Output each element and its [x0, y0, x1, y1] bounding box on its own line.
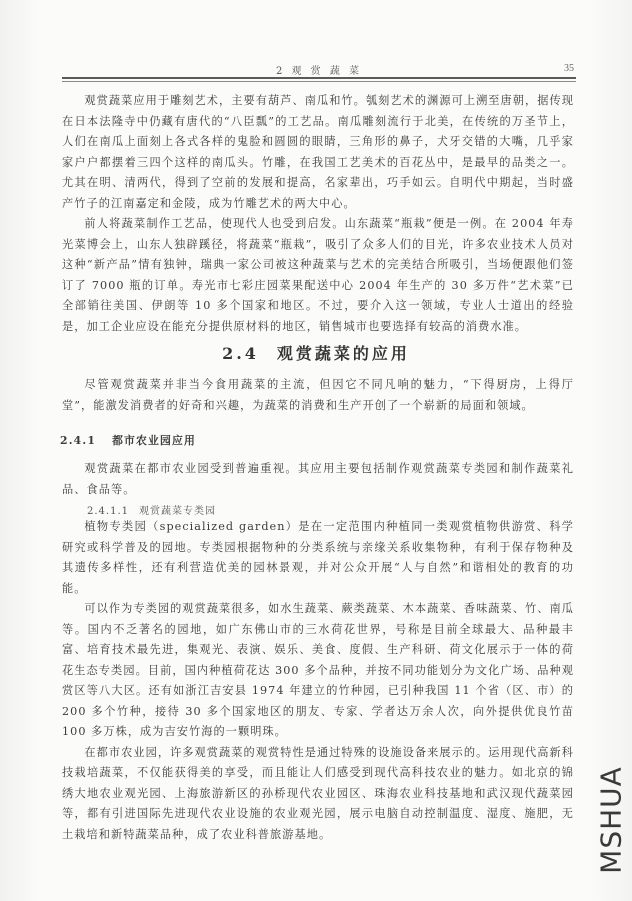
running-title: 2 观 赏 蔬 菜	[64, 62, 574, 77]
subsection-intro-block: 观赏蔬菜在都市农业园受到普遍重视。其应用主要包括制作观赏蔬菜专类园和制作蔬菜礼品…	[62, 459, 574, 500]
subsection-title: 都市农业园应用	[112, 434, 196, 447]
paragraph-section-intro: 尽管观赏蔬菜并非当今食用蔬菜的主流，但因它不同凡响的魅力，“下得厨房，上得厅堂”…	[62, 375, 574, 416]
subsection-heading: 2.4.1都市农业园应用	[60, 433, 196, 448]
section-title: 观赏蔬菜的应用	[277, 344, 410, 363]
paragraph-subsection-intro: 观赏蔬菜在都市农业园受到普遍重视。其应用主要包括制作观赏蔬菜专类园和制作蔬菜礼品…	[62, 459, 574, 500]
paragraph-bottle-vegetables: 前人将蔬菜制作工艺品，使现代人也受到启发。山东蔬菜“瓶栽”便是一例。在 2004…	[62, 214, 574, 337]
paragraph-garden-examples: 可以作为专类园的观赏蔬菜很多，如水生蔬菜、蕨类蔬菜、木本蔬菜、香味蔬菜、竹、南瓜…	[62, 599, 574, 743]
header-rule-thin	[62, 81, 576, 82]
section-number: 2.4	[222, 344, 259, 363]
subsection-number: 2.4.1	[60, 434, 96, 447]
intro-text-block: 观赏蔬菜应用于雕刻艺术，主要有葫芦、南瓜和竹。瓠刻艺术的渊源可上溯至唐朝，据传现…	[62, 91, 574, 337]
watermark: MSHUA	[596, 755, 626, 885]
specialized-garden-block: 植物专类园（specialized garden）是在一定范围内种植同一类观赏植…	[62, 517, 574, 845]
paragraph-urban-facilities: 在都市农业园，许多观赏蔬菜的观赏特性是通过特殊的设施设备来展示的。运用现代高新科…	[62, 743, 574, 846]
section-heading: 2.4观赏蔬菜的应用	[0, 341, 632, 364]
paragraph-carving-art: 观赏蔬菜应用于雕刻艺术，主要有葫芦、南瓜和竹。瓠刻艺术的渊源可上溯至唐朝，据传现…	[62, 91, 574, 214]
header-rule-thick	[62, 77, 576, 79]
section-intro-block: 尽管观赏蔬菜并非当今食用蔬菜的主流，但因它不同凡响的魅力，“下得厨房，上得厅堂”…	[62, 375, 574, 416]
watermark-text: MSHUA	[595, 766, 628, 874]
paragraph-specialized-garden-definition: 植物专类园（specialized garden）是在一定范围内种植同一类观赏植…	[62, 517, 574, 599]
subsubsection-title: 观赏蔬菜专类园	[139, 506, 216, 517]
book-page: 2 观 赏 蔬 菜 35 观赏蔬菜应用于雕刻艺术，主要有葫芦、南瓜和竹。瓠刻艺术…	[0, 0, 632, 901]
subsubsection-number: 2.4.1.1	[87, 506, 129, 517]
page-number: 35	[564, 63, 574, 74]
subsubsection-heading: 2.4.1.1观赏蔬菜专类园	[87, 502, 216, 517]
running-header: 2 观 赏 蔬 菜 35	[64, 62, 574, 76]
